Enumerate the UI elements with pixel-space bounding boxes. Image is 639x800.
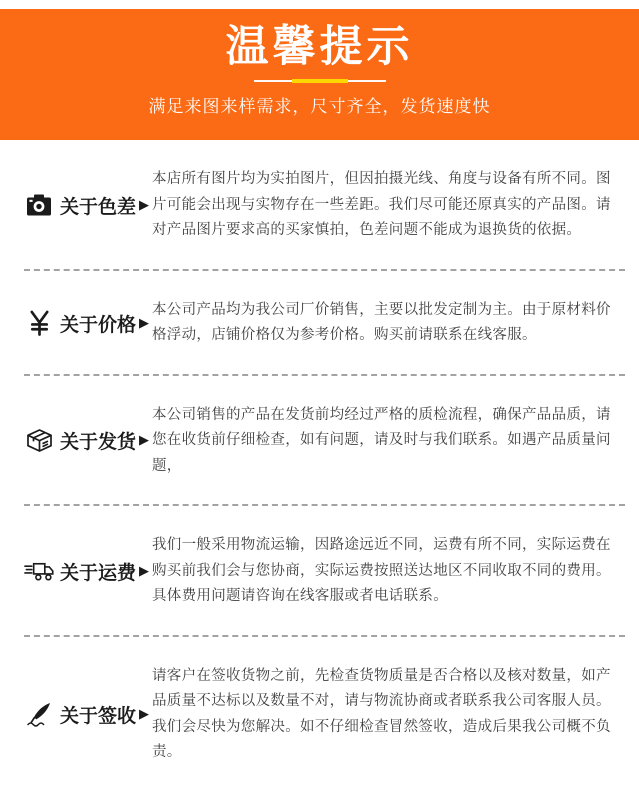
section-color-difference: 关于色差 ▶ 本店所有图片均为实拍图片，但因拍摄光线、角度与设备有所不同。图片可… [24,140,625,271]
section-freight: 关于运费 ▶ 我们一般采用物流运输，因路途远近不同，运费有所不同，实际运费在购买… [24,506,625,637]
section-text: 请客户在签收货物之前，先检查货物质量是否合格以及核对数量，如产品质量不达标以及数… [152,664,625,766]
section-title: 关于签收 [60,701,136,728]
arrow-right-icon: ▶ [139,317,149,330]
arrow-right-icon: ▶ [139,199,149,212]
section-text: 我们一般采用物流运输，因路途远近不同，运费有所不同，实际运费在购买前我们会与您协… [152,533,625,610]
arrow-right-icon: ▶ [139,565,149,578]
title-divider [254,78,386,84]
camera-icon [24,194,54,217]
divider-accent [292,79,348,83]
package-icon [24,428,54,453]
arrow-right-icon: ▶ [139,434,149,447]
notice-sections: 关于色差 ▶ 本店所有图片均为实拍图片，但因拍摄光线、角度与设备有所不同。图片可… [24,140,625,791]
section-title: 关于价格 [60,310,136,337]
section-text: 本公司销售的产品在发货前均经过严格的质检流程，确保产品品质，请您在收货前仔细检查… [152,403,625,480]
page-title: 温馨提示 [0,24,639,71]
section-text: 本店所有图片均为实拍图片，但因拍摄光线、角度与设备有所不同。图片可能会出现与实物… [152,167,625,244]
section-title: 关于运费 [60,558,136,585]
top-strip [0,0,639,9]
section-label: 关于色差 ▶ [24,192,152,219]
arrow-right-icon: ▶ [139,708,149,721]
section-shipping: 关于发货 ▶ 本公司销售的产品在发货前均经过严格的质检流程，确保产品品质，请您在… [24,376,625,507]
truck-icon [24,560,54,583]
pen-icon [24,702,54,727]
yen-icon [24,310,54,336]
section-label: 关于价格 ▶ [24,310,152,337]
notice-page: 温馨提示 满足来图来样需求，尺寸齐全，发货速度快 关于色差 ▶ [0,0,639,800]
section-price: 关于价格 ▶ 本公司产品均为我公司厂价销售，主要以批发定制为主。由于原材料价格浮… [24,271,625,376]
page-subtitle: 满足来图来样需求，尺寸齐全，发货速度快 [0,92,639,117]
section-title: 关于色差 [60,192,136,219]
section-text: 本公司产品均为我公司厂价销售，主要以批发定制为主。由于原材料价格浮动，店铺价格仅… [152,298,625,349]
section-receipt: 关于签收 ▶ 请客户在签收货物之前，先检查货物质量是否合格以及核对数量，如产品质… [24,637,625,791]
section-title: 关于发货 [60,427,136,454]
section-label: 关于发货 ▶ [24,427,152,454]
section-label: 关于签收 ▶ [24,701,152,728]
header-banner: 温馨提示 满足来图来样需求，尺寸齐全，发货速度快 [0,9,639,140]
section-label: 关于运费 ▶ [24,558,152,585]
